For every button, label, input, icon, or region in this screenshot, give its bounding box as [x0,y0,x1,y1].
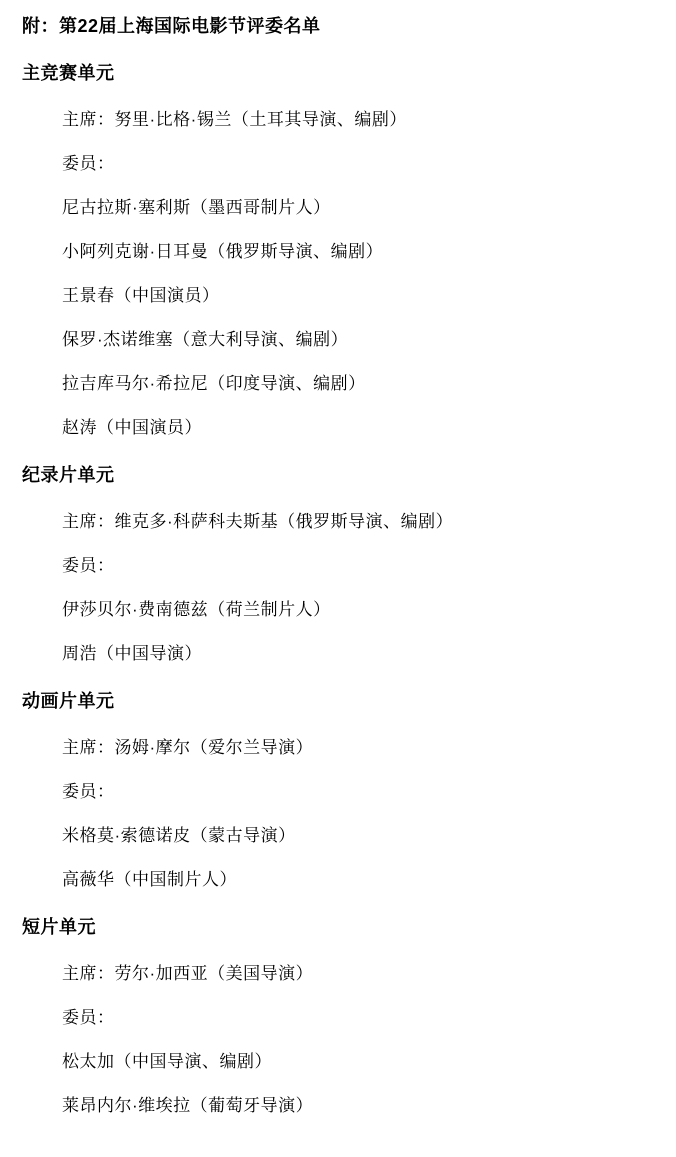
section-heading: 动画片单元 [22,692,658,710]
sections-container: 主竞赛单元主席：努里·比格·锡兰（土耳其导演、编剧）委员：尼古拉斯·塞利斯（墨西… [22,64,658,1115]
jury-list-document: 附：第22届上海国际电影节评委名单 主竞赛单元主席：努里·比格·锡兰（土耳其导演… [0,0,676,1115]
jury-line: 王景春（中国演员） [62,287,658,305]
jury-line: 周浩（中国导演） [62,645,658,663]
section-heading: 主竞赛单元 [22,64,658,82]
jury-chair-line: 主席：汤姆·摩尔（爱尔兰导演） [62,739,658,757]
jury-line: 小阿列克谢·日耳曼（俄罗斯导演、编剧） [62,243,658,261]
section-heading: 短片单元 [22,918,658,936]
jury-line: 尼古拉斯·塞利斯（墨西哥制片人） [62,199,658,217]
jury-line: 拉吉库马尔·希拉尼（印度导演、编剧） [62,375,658,393]
jury-chair-line: 主席：维克多·科萨科夫斯基（俄罗斯导演、编剧） [62,513,658,531]
jury-line: 松太加（中国导演、编剧） [62,1053,658,1071]
section-heading: 纪录片单元 [22,466,658,484]
jury-line: 委员： [62,783,658,801]
jury-line: 莱昂内尔·维埃拉（葡萄牙导演） [62,1097,658,1115]
jury-line: 高薇华（中国制片人） [62,871,658,889]
jury-line: 委员： [62,155,658,173]
jury-chair-line: 主席：努里·比格·锡兰（土耳其导演、编剧） [62,111,658,129]
jury-line: 米格莫·索德诺皮（蒙古导演） [62,827,658,845]
page-title: 附：第22届上海国际电影节评委名单 [22,17,658,35]
jury-line: 赵涛（中国演员） [62,419,658,437]
jury-line: 委员： [62,557,658,575]
jury-line: 委员： [62,1009,658,1027]
jury-line: 伊莎贝尔·费南德兹（荷兰制片人） [62,601,658,619]
jury-line: 保罗·杰诺维塞（意大利导演、编剧） [62,331,658,349]
jury-chair-line: 主席：劳尔·加西亚（美国导演） [62,965,658,983]
